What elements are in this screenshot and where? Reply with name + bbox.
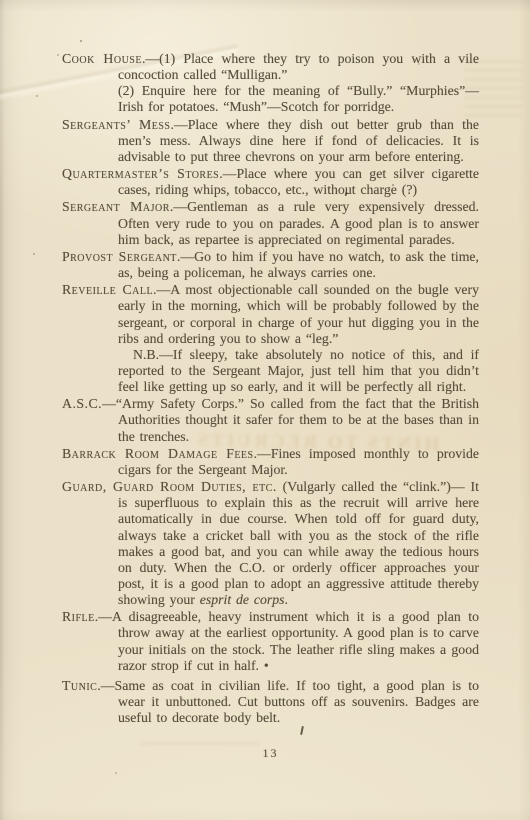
entry-text: (2) Enquire here for the meaning of “Bul… — [118, 83, 479, 114]
glossary-entry: Reveille Call.—A most objectionable call… — [62, 282, 479, 395]
paper-speck — [80, 40, 82, 42]
paper-speck — [115, 772, 117, 774]
glossary-entry: Cook House.—(1) Place where they try to … — [62, 51, 479, 116]
paper-speck — [36, 95, 38, 97]
glossary-entry: Sergeants’ Mess.—Place where they dish o… — [62, 117, 479, 165]
entry-paragraph: Guard, Guard Room Duties, etc. (Vulgarly… — [118, 479, 479, 608]
entry-paragraph: (2) Enquire here for the meaning of “Bul… — [118, 83, 479, 115]
entry-text: .—Same as coat in civilian life. If too … — [97, 678, 479, 725]
entry-term: Quartermaster’s Stores — [62, 166, 219, 181]
glossary-entries: Cook House.—(1) Place where they try to … — [62, 51, 479, 726]
book-page: HINTS TO RECRUITS Cook House.—(1) Place … — [0, 0, 530, 820]
entry-paragraph: Tunic.—Same as coat in civilian life. If… — [118, 678, 479, 726]
entry-term: Reveille Call — [62, 282, 153, 297]
entry-paragraph: Quartermaster’s Stores.—Place where you … — [118, 166, 479, 198]
entry-term: Sergeant Major — [62, 199, 170, 214]
entry-term: Sergeants’ Mess — [62, 117, 170, 132]
entry-term: A.S.C. — [62, 396, 102, 411]
entry-term: Provost Sergeant — [62, 249, 177, 264]
entry-paragraph: Sergeants’ Mess.—Place where they dish o… — [118, 117, 479, 165]
entry-paragraph: Sergeant Major.—Gentleman as a rule very… — [118, 199, 479, 247]
entry-term: Rifle — [62, 609, 95, 624]
paper-speck — [57, 54, 59, 56]
entry-text: (Vulgarly called the “clink.”)— It is su… — [118, 479, 479, 607]
entry-paragraph: Rifle.—A disagreeable, heavy instrument … — [118, 609, 479, 674]
entry-text: .—Gentleman as a rule very expensively d… — [118, 199, 479, 246]
page-content: Cook House.—(1) Place where they try to … — [62, 51, 479, 727]
page-number: 13 — [62, 746, 479, 761]
entry-term: Cook House — [62, 51, 142, 66]
entry-text: esprit de corps — [200, 592, 285, 607]
entry-paragraph: Provost Sergeant.—Go to him if you have … — [118, 249, 479, 281]
entry-term: Guard, Guard Room Duties, etc. — [62, 479, 277, 494]
glossary-entry: Rifle.—A disagreeable, heavy instrument … — [62, 609, 479, 674]
glossary-entry: Tunic.—Same as coat in civilian life. If… — [62, 678, 479, 726]
paper-speck — [33, 253, 35, 255]
entry-text: —“Army Safety Corps.” So called from the… — [102, 396, 479, 443]
entry-term: Tunic — [62, 678, 97, 693]
glossary-entry: Quartermaster’s Stores.—Place where you … — [62, 166, 479, 198]
entry-text: .—Place where they dish out better grub … — [118, 117, 479, 164]
entry-paragraph: Reveille Call.—A most objectionable call… — [118, 282, 479, 347]
entry-text: .—A disagreeable, heavy instrument which… — [95, 609, 479, 672]
entry-paragraph: A.S.C.—“Army Safety Corps.” So called fr… — [118, 396, 479, 444]
glossary-entry: Provost Sergeant.—Go to him if you have … — [62, 249, 479, 281]
entry-text: .—(1) Place where they try to poison you… — [118, 51, 479, 82]
glossary-entry: A.S.C.—“Army Safety Corps.” So called fr… — [62, 396, 479, 444]
entry-text: .—A most objectionable call sounded on t… — [118, 282, 479, 345]
entry-text: . — [285, 592, 288, 607]
glossary-entry: Sergeant Major.—Gentleman as a rule very… — [62, 199, 479, 247]
entry-paragraph: Cook House.—(1) Place where they try to … — [118, 51, 479, 83]
entry-paragraph: N.B.—If sleepy, take absolutely no notic… — [118, 347, 479, 395]
glossary-entry: Guard, Guard Room Duties, etc. (Vulgarly… — [62, 479, 479, 608]
entry-paragraph: Barrack Room Damage Fees.—Fines imposed … — [118, 446, 479, 478]
glossary-entry: Barrack Room Damage Fees.—Fines imposed … — [62, 446, 479, 478]
entry-text: N.B.—If sleepy, take absolutely no notic… — [118, 347, 479, 394]
entry-term: Barrack Room Damage Fees — [62, 446, 254, 461]
